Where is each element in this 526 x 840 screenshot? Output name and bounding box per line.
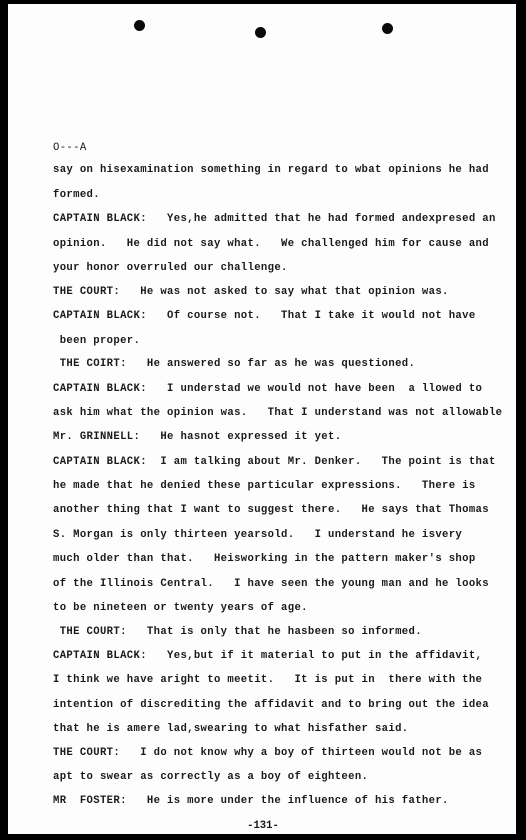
transcript-line: to be nineteen or twenty years of age. <box>53 602 308 614</box>
punch-hole-icon <box>255 27 266 38</box>
transcript-line: Mr. GRINNELL: He hasnot expressed it yet… <box>53 431 341 443</box>
transcript-line: apt to swear as correctly as a boy of ei… <box>53 771 368 783</box>
transcript-line: of the Illinois Central. I have seen the… <box>53 578 489 590</box>
transcript-line: THE COURT: That is only that he hasbeen … <box>53 626 422 638</box>
transcript-line: CAPTAIN BLACK: I am talking about Mr. De… <box>53 456 496 468</box>
punch-hole-icon <box>134 20 145 31</box>
transcript-line: CAPTAIN BLACK: Yes,he admitted that he h… <box>53 213 496 225</box>
transcript-line: THE COURT: I do not know why a boy of th… <box>53 747 482 759</box>
transcript-line: intention of discrediting the affidavit … <box>53 699 489 711</box>
page-number: -131- <box>0 820 526 832</box>
transcript-line: he made that he denied these particular … <box>53 480 476 492</box>
transcript-line: been proper. <box>53 335 140 347</box>
transcript-line: opinion. He did not say what. We challen… <box>53 238 489 250</box>
document-header: O---A <box>53 142 87 154</box>
transcript-line: ask him what the opinion was. That I und… <box>53 407 502 419</box>
transcript-line: your honor overruled our challenge. <box>53 262 288 274</box>
transcript-line: THE COURT: He was not asked to say what … <box>53 286 449 298</box>
transcript-line: CAPTAIN BLACK: Of course not. That I tak… <box>53 310 476 322</box>
transcript-line: formed. <box>53 189 100 201</box>
transcript-line: CAPTAIN BLACK: I understad we would not … <box>53 383 482 395</box>
transcript-line: CAPTAIN BLACK: Yes,but if it material to… <box>53 650 482 662</box>
transcript-line: another thing that I want to suggest the… <box>53 504 489 516</box>
transcript-line: S. Morgan is only thirteen yearsold. I u… <box>53 529 462 541</box>
transcript-line: I think we have aright to meetit. It is … <box>53 674 482 686</box>
transcript-line: MR FOSTER: He is more under the influenc… <box>53 795 449 807</box>
transcript-line: THE COIRT: He answered so far as he was … <box>53 358 415 370</box>
transcript-line: that he is amere lad,swearing to what hi… <box>53 723 409 735</box>
transcript-line: much older than that. Heisworking in the… <box>53 553 476 565</box>
punch-hole-icon <box>382 23 393 34</box>
transcript-line: say on hisexamination something in regar… <box>53 164 489 176</box>
